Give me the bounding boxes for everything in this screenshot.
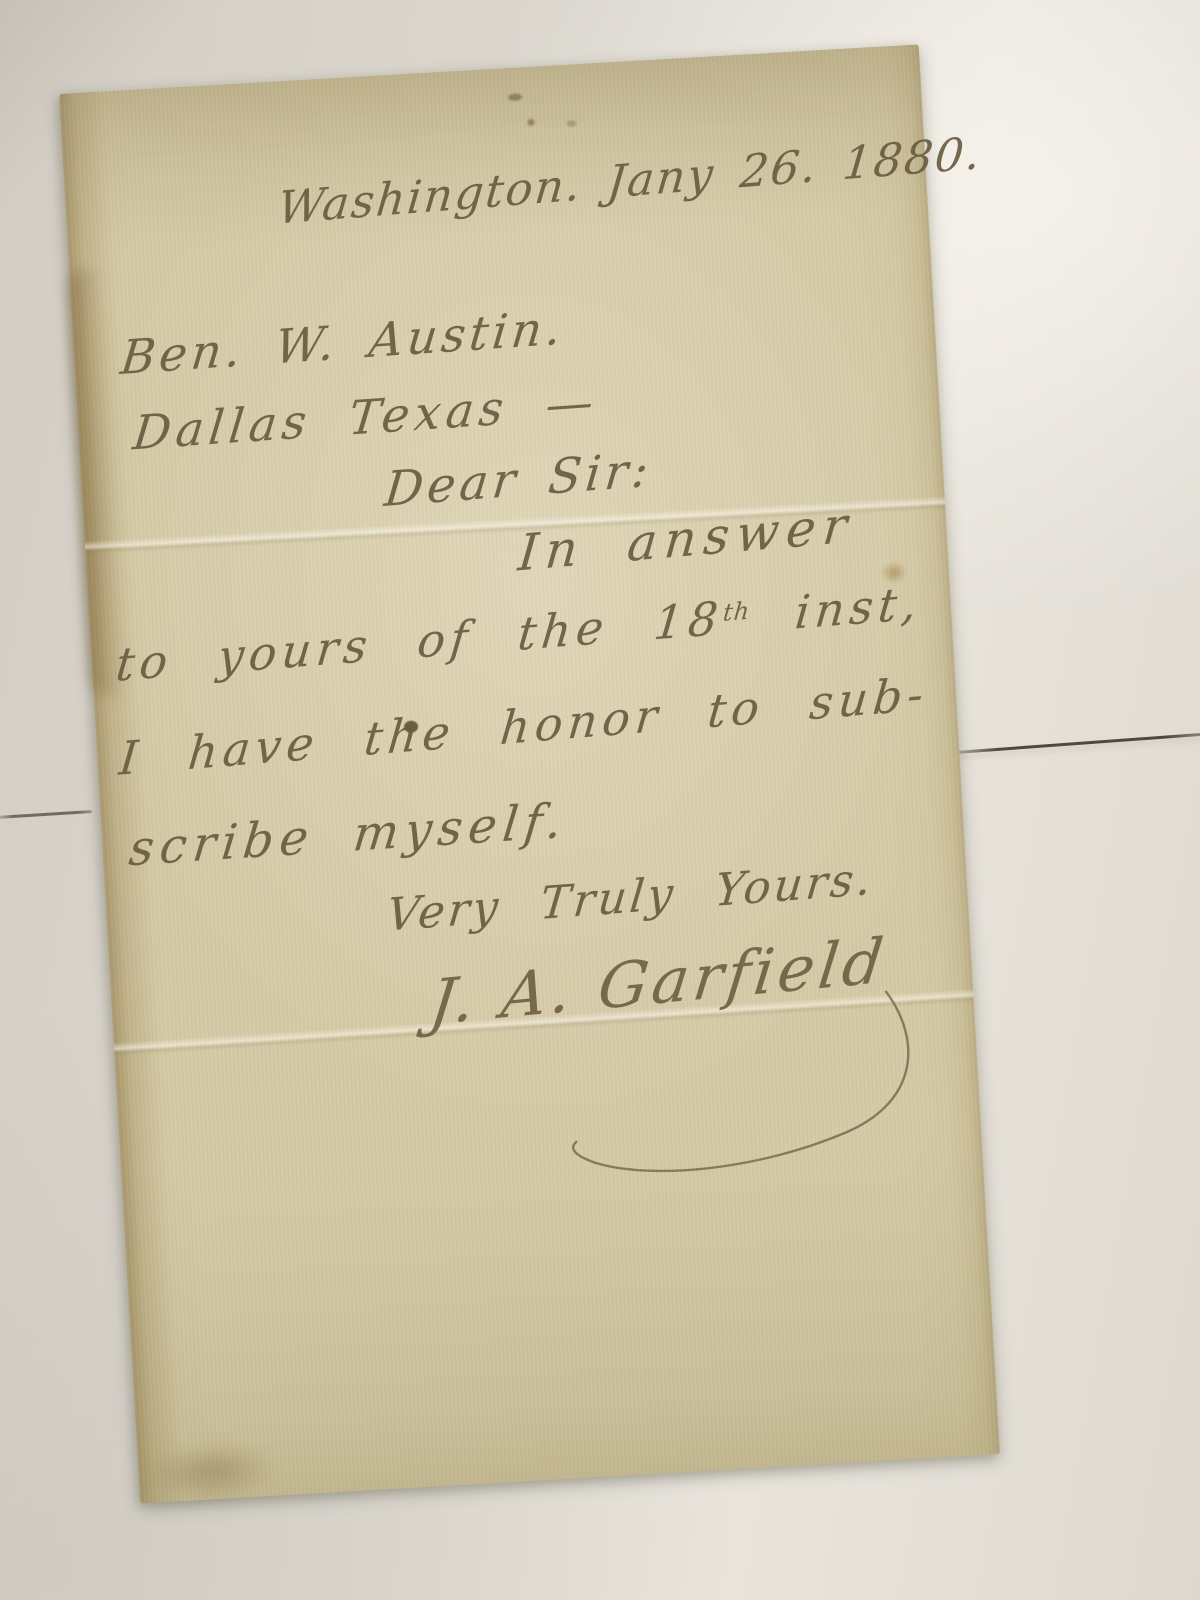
- ordinal-superscript: th: [722, 597, 752, 627]
- paper-speck: [566, 120, 576, 127]
- body-line-2-text: to yours of the 18: [114, 591, 726, 692]
- paper-speck: [508, 93, 522, 101]
- closing: Very Truly Yours.: [384, 852, 876, 942]
- salutation: Dear Sir:: [382, 442, 655, 518]
- signature-flourish: [435, 984, 926, 1211]
- table-seam-left: [0, 810, 92, 819]
- photo-of-letter: Washington. Jany 26. 1880. Ben. W. Austi…: [0, 0, 1200, 1600]
- dateline: Washington. Jany 26. 1880.: [276, 126, 985, 235]
- body-line-3: I have the honor to sub-: [117, 666, 931, 785]
- body-line-2: to yours of the 18th inst,: [114, 576, 925, 692]
- paper-speck: [527, 119, 534, 126]
- recipient-name-line: Ben. W. Austin.: [118, 300, 568, 386]
- table-seam-right: [952, 733, 1200, 754]
- body-line-4: scribe myself.: [126, 793, 570, 878]
- letter-paper: Washington. Jany 26. 1880. Ben. W. Austi…: [59, 44, 1000, 1503]
- body-line-2-tail: inst,: [747, 576, 924, 644]
- paper-corner-stain-bottom-left: [135, 1435, 288, 1508]
- recipient-city-line: Dallas Texas —: [130, 374, 601, 461]
